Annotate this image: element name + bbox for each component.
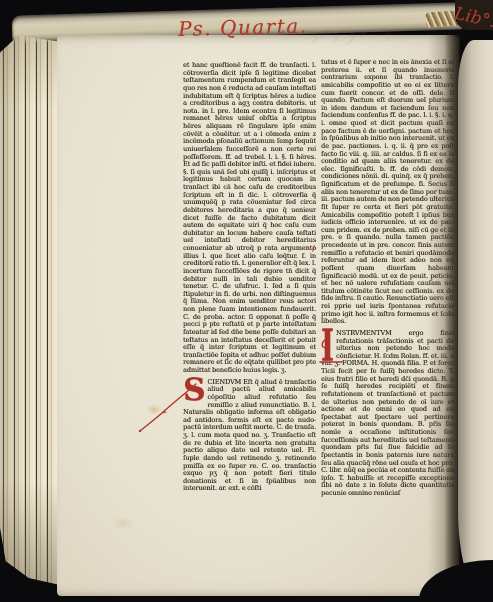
recto-page-sliver [458,40,493,590]
book-photograph: Ps. Quarta. et hanc queſtionē facit ff. … [0,0,493,602]
text-column-right: tutus et ē ſuper e nec in eis ānexia et … [321,59,454,500]
rubricated-initial-s: S [183,379,207,402]
rubricated-initial-i: I [321,330,335,374]
text-column-left: et hanc queſtionē facit ff. de tranſacti… [183,62,316,500]
left-column-paragraph: et hanc queſtionē facit ff. de tranſacti… [183,62,316,375]
right-column-instrumentum-paragraph: INSTRVMENTVM ergo finis refutationis trā… [321,330,454,498]
left-column-sciendum-paragraph: SCIENDVM Eſt q̄ aliud ē tranſactio aliud… [183,379,316,493]
right-column-paragraph: NSTRVMENTVM ergo finis refutationis trāſ… [321,329,454,497]
running-title: Ps. Quarta. [178,13,329,41]
right-column-paragraph: tutus et ē ſuper e nec in eis ānexia et … [321,59,454,326]
